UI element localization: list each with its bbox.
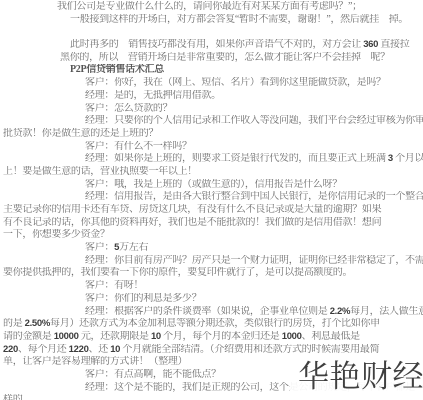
text-line: 经理：你目前有房产吗？房产只是一个财力证明，证明你已经非常稳定了，不需 [0,255,423,268]
text-line: 经理：只要你的个人信用记录和工作收入等没问题，我们平台会经过审核为你审 [0,115,423,128]
text-line: 客户：怎么贷款的？ [0,103,423,116]
text-line: 的是 2.50%每月）还款方式为本金加利息等额分期还款，类似银行的房贷，打个比如… [0,318,423,331]
text-line: 黑你的，所以 营销开场白是非常重要的，怎么做才能让客户不会挂掉 呢？ [0,52,423,65]
text-line: 经理：信用报告，是由各大银行整合到中国人民银行，是你信用记录的一个整合！ [0,191,423,204]
text-line: 220、每个月还 1220、还 10 个月就能全部结清。（介绍费用和还款方式的时… [0,344,423,357]
blank-line [0,26,423,39]
text-line: 客户：哦，我是上班的（或做生意的），信用报告是什么呀？ [0,179,423,192]
text-line: 批贷款！你是做生意的还是上班的？ [0,128,423,141]
text-line: 主要记录你的信用卡还有车贷、房贷这几块，有没有什么不良记录或是大量的逾期？如果 [0,204,423,217]
text-line: 客户：你好，我在（网上、短信、名片）看到你这里能做贷款，是吗？ [0,77,423,90]
text-line: 一下，你想要多少资金？ [0,229,423,242]
text-line: 一般接到这样的开场白，对方都会答复“暂时不需要，谢谢！”，然后就挂 掉。 [0,14,423,27]
text-line: 经理：是的，无抵押信用借款。 [0,90,423,103]
text-line: 有不良记录的话，你其他的资料再好，我们也是不能批款的！我们做的是信用借款！想问 [0,217,423,230]
document-lines: 我们公司是专业做什么什么的，请问你最近有对某某方面有考虑吗？”；一般接到这样的开… [0,1,423,400]
text-line: 上！要是做生意的话，营业执照要一年以上！ [0,166,423,179]
section-heading: P2P信贷销售话术汇总 [0,64,423,77]
text-line: 经理：如果你是上班的，则要求工资是银行代发的，而且要正式上班满 3 个月以 [0,153,423,166]
watermark: 华艳财经 [290,359,423,399]
text-line: 客户：5万左右 [0,242,423,255]
document-page: 我们公司是专业做什么什么的，请问你最近有对某某方面有考虑吗？”；一般接到这样的开… [0,1,423,400]
text-line: 客户：有什么不一样吗？ [0,141,423,154]
text-line: 经理：根据客户的条件谈费率（如果说，企事业单位则是 2.2%每月，法人做生意 [0,306,423,319]
text-line: 请的金额是 10000 元，还款期限是 10 个月，每个月的本金归还是 1000… [0,331,423,344]
text-line: 要你提供抵押的，我们要看一下你的原件，要复印件就行了，是可以提高额度的。 [0,267,423,280]
text-line: 客户：你们的利息是多少？ [0,293,423,306]
text-line: 客户：有呀！ [0,280,423,293]
text-line: 此时再多的 销售技巧都没有用，如果你声音语气不对的，对方会让 360 直接拉 [0,39,423,52]
text-line: 我们公司是专业做什么什么的，请问你最近有对某某方面有考虑吗？”； [0,1,423,14]
